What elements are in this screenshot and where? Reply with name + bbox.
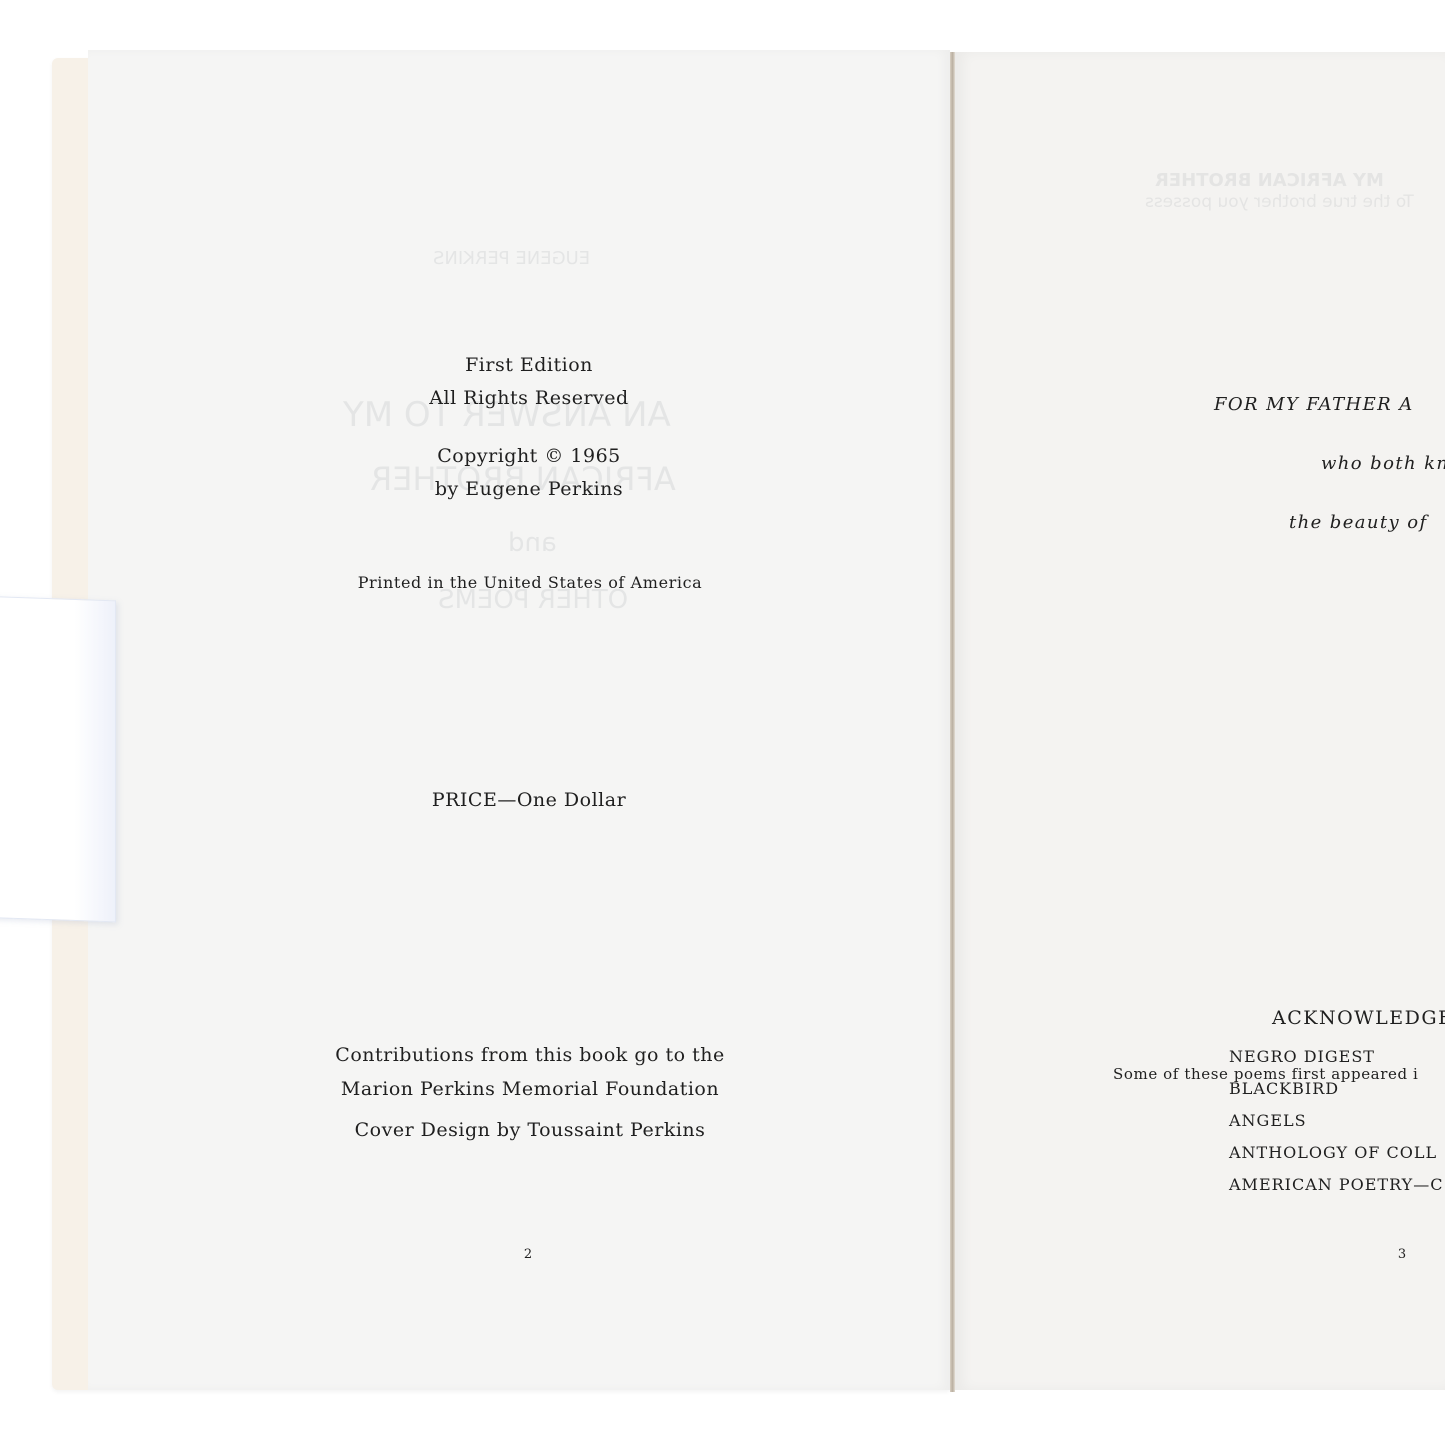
photo-scene: EUGENE PERKINS AN ANSWER TO MY AFRICAN B… xyxy=(0,0,1445,1445)
rights-line: All Rights Reserved xyxy=(429,387,628,409)
acrylic-stand xyxy=(0,596,116,923)
edition-line: First Edition xyxy=(465,354,593,376)
contributions-line-2: Marion Perkins Memorial Foundation xyxy=(341,1078,719,1100)
left-page: EUGENE PERKINS AN ANSWER TO MY AFRICAN B… xyxy=(88,50,950,1390)
contributions-line-1: Contributions from this book go to the xyxy=(335,1044,724,1066)
acknowledgments-heading: ACKNOWLEDGE xyxy=(1272,1007,1445,1029)
publication-item: BLACKBIRD xyxy=(1229,1079,1339,1098)
dedication-line-2: who both kn xyxy=(1321,453,1445,474)
price-line: PRICE—One Dollar xyxy=(432,789,626,811)
page-number-left: 2 xyxy=(524,1247,532,1262)
publication-item: ANTHOLOGY OF COLL xyxy=(1229,1143,1437,1162)
publication-item: AMERICAN POETRY—C xyxy=(1229,1175,1443,1194)
dedication-line-3: the beauty of xyxy=(1289,512,1428,533)
author-line: by Eugene Perkins xyxy=(435,478,623,500)
publication-item: ANGELS xyxy=(1229,1111,1307,1130)
copyright-line: Copyright © 1965 xyxy=(437,445,621,467)
show-through-poem-title: MY AFRICAN BROTHER xyxy=(1155,170,1384,191)
show-through-author: EUGENE PERKINS xyxy=(433,248,590,269)
show-through-subtitle: To the true brother you possess xyxy=(1145,192,1414,212)
cover-design-line: Cover Design by Toussaint Perkins xyxy=(355,1119,706,1141)
page-number-right: 3 xyxy=(1398,1247,1406,1262)
right-page: MY AFRICAN BROTHER To the true brother y… xyxy=(955,52,1445,1390)
dedication-line-1: FOR MY FATHER A xyxy=(1214,394,1414,415)
printed-line: Printed in the United States of America xyxy=(358,573,703,592)
publication-item: NEGRO DIGEST xyxy=(1229,1047,1375,1066)
show-through-and: and xyxy=(508,528,557,558)
